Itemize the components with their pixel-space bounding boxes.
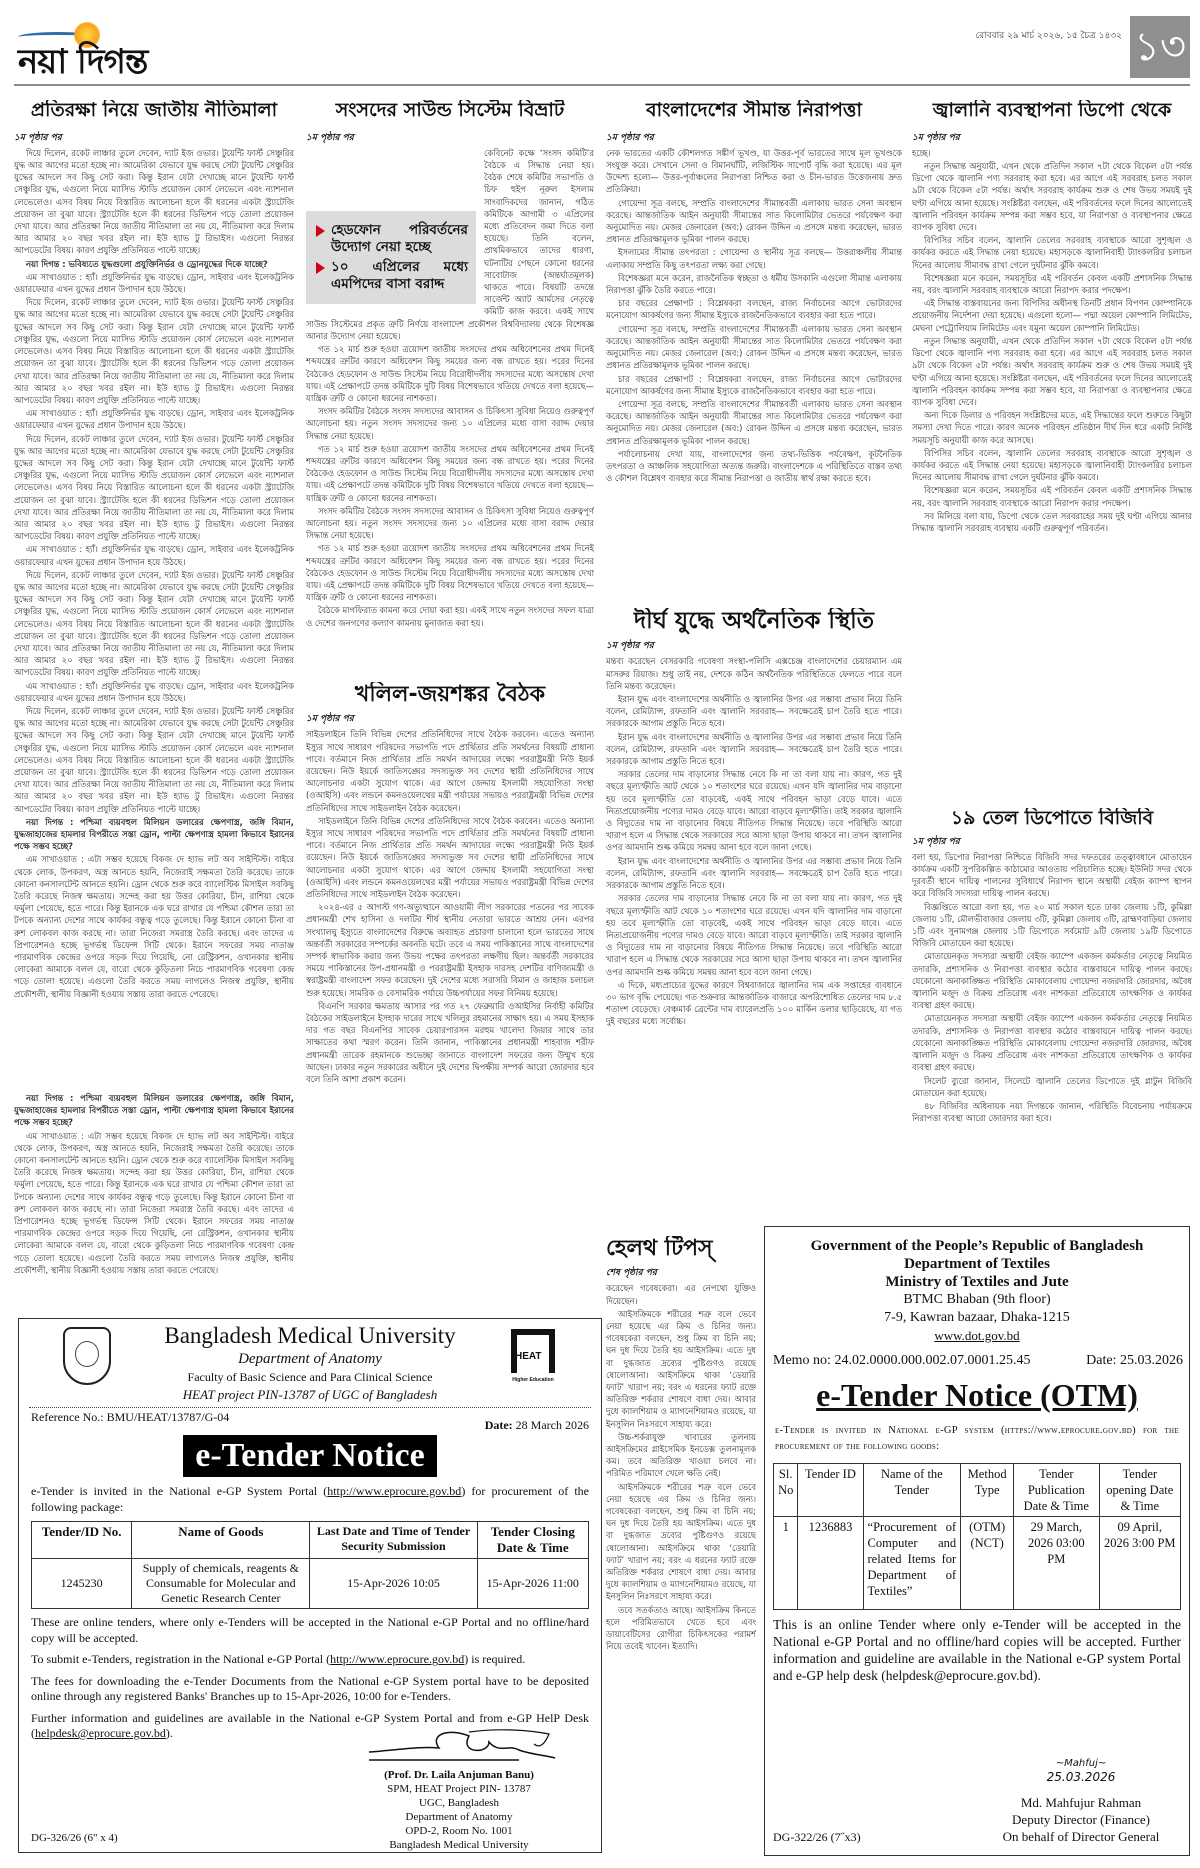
article-border-security: বাংলাদেশের সীমান্ত নিরাপত্তা ১ম পৃষ্ঠার … bbox=[606, 100, 902, 595]
paragraph: ইরান যুদ্ধ এবং বাংলাদেশের অর্থনীতি ও জ্ব… bbox=[606, 855, 902, 892]
headline: জ্বালানি ব্যবস্থাপনা ডিপো থেকে bbox=[912, 100, 1192, 122]
paragraph: মন্তব্য করেছেন বেসরকারি গবেষণা সংস্থা-পল… bbox=[606, 655, 902, 692]
paragraph: গত ১২ মার্চ শুরু হওয়া ত্রয়োদশ জাতীয় স… bbox=[306, 542, 594, 603]
paragraph: দিয়ে দিলেন, রকেট লাঞ্চার তুলে দেবেন, দ্… bbox=[14, 147, 294, 257]
headline: প্রতিরক্ষা নিয়ে জাতীয় নীতিমালা bbox=[14, 100, 294, 122]
paragraph: অন্য দিকে ডিলার ও পরিবহন সংশ্লিষ্টদের মত… bbox=[912, 409, 1192, 446]
method-type: (OTM) (NCT) bbox=[961, 1517, 1014, 1610]
notice-date: Date: 28 March 2026 bbox=[485, 1418, 589, 1433]
paragraph: দিয়ে দিলেন, রকেট লাঞ্চার তুলে দেবেন, দ্… bbox=[14, 433, 294, 543]
intro-pre: e-Tender is invited in the National e-GP… bbox=[31, 1484, 327, 1498]
article-khalil-jaishankar: খলিল-জয়শঙ্কর বৈঠক ১ম পৃষ্ঠার পর সাইডলাই… bbox=[306, 682, 594, 1302]
department-name: Department of Textiles bbox=[765, 1255, 1189, 1273]
closing-date: 15-Apr-2026 11:00 bbox=[477, 1559, 588, 1609]
note-fees: The fees for downloading the e-Tender Do… bbox=[31, 1674, 589, 1705]
publication-date: 29 March, 2026 03:00 PM bbox=[1014, 1517, 1099, 1610]
masthead: নয়া দিগন্ত রোববার ২৯ মার্চ ২০২৬, ১৫ চৈত… bbox=[0, 0, 1200, 92]
headline: হেলথ টিপস্ bbox=[606, 1236, 756, 1261]
note-online: These are online tenders, where only e-T… bbox=[31, 1615, 589, 1646]
signatory-line: UGC, Bangladesh bbox=[359, 1796, 559, 1810]
paragraph: আইসক্রিমকে শরীরের শত্রু বলে ভেবে নেয়া হ… bbox=[606, 1481, 756, 1603]
building-name: BTMC Bhaban (9th floor) bbox=[765, 1291, 1189, 1309]
notice-title: e-Tender Notice (OTM) bbox=[765, 1375, 1189, 1415]
paragraph: সংসদ কমিটির বৈঠকে সংসদ সদস্যদের আবাসন ও … bbox=[306, 405, 594, 442]
paragraph: সংসদ কমিটির বৈঠকে সংসদ সদস্যদের আবাসন ও … bbox=[306, 505, 594, 542]
paragraph: বিশেষজ্ঞরা মনে করেন, সময়সূচির এই পরিবর্… bbox=[912, 272, 1192, 296]
paragraph: সরকার তেলের দাম বাড়ানোর সিদ্ধান্ত নেবে … bbox=[606, 768, 902, 853]
helpdesk-email-link[interactable]: helpdesk@eprocure.gov.bd bbox=[35, 1726, 166, 1740]
paragraph: দিয়ে দিলেন, রকেট লাঞ্চার তুলে দেবেন, দ্… bbox=[14, 296, 294, 406]
headline: ১৯ তেল ডিপোতে বিজিবি bbox=[912, 808, 1192, 830]
kicker: ১ম পৃষ্ঠার পর bbox=[606, 638, 902, 653]
ad-code: DG-326/26 (6" x 4) bbox=[31, 1832, 118, 1844]
kicker: ১ম পৃষ্ঠার পর bbox=[912, 130, 1192, 145]
article-body: হেডফোন পরিবর্তনের উদ্যোগ নেয়া হচ্ছে ১০ … bbox=[306, 147, 594, 629]
kicker: শেষ পৃষ্ঠার পর bbox=[606, 1265, 756, 1280]
tender-table: Sl. No Tender ID Name of the Tender Meth… bbox=[773, 1463, 1181, 1610]
paragraph: ৪৮ বিজিবির অধিনায়ক নয়া দিগন্তকে জানান,… bbox=[912, 1100, 1192, 1124]
article-bgb-depot: ১৯ তেল ডিপোতে বিজিবি ১ম পৃষ্ঠার পর বলা হ… bbox=[912, 808, 1192, 1228]
paragraph: নয়া দিগন্ত : পশ্চিমা ব্যয়বহুল মিলিয়ন … bbox=[14, 1092, 294, 1129]
tender-table: Tender/ID No. Name of Goods Last Date an… bbox=[31, 1521, 589, 1609]
column-header: Method Type bbox=[961, 1464, 1014, 1517]
kicker: ১ম পৃষ্ঠার পর bbox=[606, 130, 902, 145]
signatory-line: OPD-2, Room No. 1001 bbox=[359, 1824, 559, 1838]
paragraph: দিয়ে দিলেন, রকেট লাঞ্চার তুলে দেবেন, দ্… bbox=[14, 569, 294, 679]
highlight-item: হেডফোন পরিবর্তনের উদ্যোগ নেয়া হচ্ছে bbox=[316, 222, 468, 256]
kicker: ১ম পৃষ্ঠার পর bbox=[912, 834, 1192, 849]
ad-dot-tender: Government of the People’s Republic of B… bbox=[764, 1226, 1190, 1856]
article-fuel-depot: জ্বালানি ব্যবস্থাপনা ডিপো থেকে ১ম পৃষ্ঠা… bbox=[912, 100, 1192, 800]
column-header: Tender/ID No. bbox=[32, 1522, 132, 1559]
paragraph: চার বছরের প্রেক্ষাপট : বিশ্লেষকরা বলছেন,… bbox=[606, 297, 902, 321]
paragraph: এম সাখাওয়াত : হ্যাঁ। প্রযুক্তিনির্ভর যু… bbox=[14, 271, 294, 295]
notice-date: Date: 25.03.2026 bbox=[1086, 1353, 1183, 1369]
signatory-line: Bangladesh Medical University bbox=[359, 1838, 559, 1852]
paragraph: সরকার তেলের দাম বাড়ানোর সিদ্ধান্ত নেবে … bbox=[606, 892, 902, 977]
headline: দীর্ঘ যুদ্ধে অর্থনৈতিক স্থিতি bbox=[606, 608, 902, 634]
signature-block: (Prof. Dr. Laila Anjuman Banu) SPM, HEAT… bbox=[359, 1724, 559, 1852]
bullet-triangle-icon bbox=[316, 225, 325, 237]
serial-number: 1 bbox=[774, 1517, 798, 1610]
paragraph: মোতায়েনকৃত সদস্যরা অস্থায়ী বেইজ ক্যাম্… bbox=[912, 950, 1192, 1011]
column-header: Tender ID bbox=[798, 1464, 863, 1517]
paragraph: এম সাখাওয়াত : হ্যাঁ। প্রযুক্তিনির্ভর যু… bbox=[14, 407, 294, 431]
note-post: ) is required. bbox=[464, 1652, 525, 1666]
project-name: HEAT project PIN-13787 of UGC of Banglad… bbox=[19, 1387, 601, 1403]
paragraph: এই সিদ্ধান্ত বাস্তবায়নের জন্য বিপিসির অ… bbox=[912, 297, 1192, 334]
signatory-on-behalf: On behalf of Director General bbox=[981, 1828, 1181, 1845]
note-online: This is an online Tender where only e-Te… bbox=[765, 1610, 1189, 1684]
note-post: ). bbox=[166, 1726, 173, 1740]
kicker: ১ম পৃষ্ঠার পর bbox=[306, 130, 594, 145]
article-body: নেক ভারতের একটি কৌশলগত সঙ্কীর্ণ ভূখণ্ড, … bbox=[606, 147, 902, 484]
paragraph: নয়া দিগন্ত : পশ্চিমা ব্যয়বহুল মিলিয়ন … bbox=[14, 816, 294, 853]
dateline: রোববার ২৯ মার্চ ২০২৬, ১৫ চৈত্র ১৪৩২ bbox=[975, 28, 1122, 43]
date-label: Date: bbox=[485, 1418, 513, 1432]
paragraph: মোতায়েনকৃত সদস্যরা অস্থায়ী বেইজ ক্যাম্… bbox=[912, 1012, 1192, 1073]
paragraph: নেক ভারতের একটি কৌশলগত সঙ্কীর্ণ ভূখণ্ড, … bbox=[606, 147, 902, 196]
tender-name: “Procurement of Computer and related Ite… bbox=[863, 1517, 961, 1610]
column-header: Tender opening Date & Time bbox=[1099, 1464, 1180, 1517]
paragraph: করেছেন গবেষকেরা। এর নেপথ্যে যুক্তিও দিয়… bbox=[606, 1282, 756, 1306]
paragraph: আইসক্রিমকে শরীরের শত্রু বলে ভেবে নেয়া হ… bbox=[606, 1308, 756, 1430]
tender-id: 1236883 bbox=[798, 1517, 863, 1610]
table-row: 1245230 Supply of chemicals, reagents & … bbox=[32, 1559, 589, 1609]
signature-icon: ~Mahfuj~ bbox=[981, 1755, 1181, 1769]
kicker: ১ম পৃষ্ঠার পর bbox=[306, 711, 594, 726]
paragraph: বিশেষজ্ঞরা মনে করেন, রাজনৈতিক স্বচ্ছতা ও… bbox=[606, 272, 902, 296]
paragraph: বিজ্ঞপ্তিতে আরো বলা হয়, গত ২০ মার্চ সকা… bbox=[912, 901, 1192, 950]
paragraph: এম সাখাওয়াত : এটা সম্ভব হয়েছে বিকজ দে … bbox=[14, 1130, 294, 1276]
article-body: সাইডলাইনে তিনি বিভিন্ন দেশের প্রতিনিধিদে… bbox=[306, 728, 594, 1085]
heat-logo-label: HEAT bbox=[515, 1351, 541, 1362]
paragraph: এম সাখাওয়াত : হ্যাঁ। প্রযুক্তিনির্ভর যু… bbox=[14, 543, 294, 567]
paragraph: গোয়েন্দা সূত্র বলছে, সম্প্রতি বাংলাদেশে… bbox=[606, 323, 902, 372]
eprocure-link[interactable]: http://www.eprocure.gov.bd bbox=[327, 1484, 461, 1498]
ad-bmu-tender: HEAT Higher Education Bangladesh Medical… bbox=[18, 1318, 602, 1853]
heat-logo-sub: Higher Education bbox=[511, 1377, 555, 1383]
paragraph: নতুন সিদ্ধান্ত অনুযায়ী, এখন থেকে প্রতিদ… bbox=[912, 335, 1192, 408]
paragraph: বিশেষজ্ঞরা মনে করেন, সময়সূচির এই পরিবর্… bbox=[912, 484, 1192, 508]
table-row: 1 1236883 “Procurement of Computer and r… bbox=[774, 1517, 1181, 1610]
tender-id: 1245230 bbox=[32, 1559, 132, 1609]
paragraph: দিয়ে দিলেন, রকেট লাঞ্চার তুলে দেবেন, দ্… bbox=[14, 705, 294, 815]
signature-icon bbox=[359, 1724, 559, 1764]
signatory-title: Deputy Director (Finance) bbox=[981, 1811, 1181, 1828]
paragraph: বলা হয়, ডিপোর নিরাপত্তা নিশ্চিতে বিজিবি… bbox=[912, 851, 1192, 900]
headline: খলিল-জয়শঙ্কর বৈঠক bbox=[306, 682, 594, 707]
paragraph: বিএনপি সরকার ক্ষমতায় আসার পর গত ২৭ ফেব্… bbox=[306, 1000, 594, 1085]
notice-title: e-Tender Notice bbox=[183, 1435, 436, 1477]
address: 7-9, Kawran bazaar, Dhaka-1215 bbox=[765, 1309, 1189, 1327]
signature-block: ~Mahfuj~ 25.03.2026 Md. Mahfujur Rahman … bbox=[981, 1755, 1181, 1845]
column-header: Name of Goods bbox=[132, 1522, 310, 1559]
paragraph: ইরান যুদ্ধ এবং বাংলাদেশের অর্থনীতি ও জ্ব… bbox=[606, 693, 902, 730]
intro-text: e-Tender is invited in National e-GP sys… bbox=[765, 1415, 1189, 1455]
paragraph: উচ্চ-শর্করাযুক্ত খাবারের তুলনায় আইসক্রি… bbox=[606, 1431, 756, 1480]
article-defense-end: নয়া দিগন্ত : পশ্চিমা ব্যয়বহুল মিলিয়ন … bbox=[14, 1092, 294, 1302]
article-defense: প্রতিরক্ষা নিয়ে জাতীয় নীতিমালা ১ম পৃষ্… bbox=[14, 100, 294, 1090]
paragraph: ২০২৪-এর ৫ আগস্ট গণ-অভ্যুত্থানে আওয়ামী ল… bbox=[306, 901, 594, 999]
column-header: Last Date and Time of Tender Security Su… bbox=[310, 1522, 477, 1559]
paragraph: পর্যালোচনায় দেখা যায়, বাংলাদেশের জন্য … bbox=[606, 448, 902, 485]
paragraph: চার বছরের প্রেক্ষাপট : বিশ্লেষকরা বলছেন,… bbox=[606, 373, 902, 397]
article-health-tips: হেলথ টিপস্ শেষ পৃষ্ঠার পর করেছেন গবেষকের… bbox=[606, 1236, 756, 1866]
signature-date: 25.03.2026 bbox=[981, 1769, 1181, 1786]
paragraph: গত ১২ মার্চ শুরু হওয়া ত্রয়োদশ জাতীয় স… bbox=[306, 443, 594, 504]
eprocure-link[interactable]: http://www.eprocure.gov.bd bbox=[330, 1652, 464, 1666]
paragraph: বৈঠকে মাগফিরাত কামনা করে দোয়া করা হয়। … bbox=[306, 604, 594, 628]
signatory-line: Department of Anatomy bbox=[359, 1810, 559, 1824]
ministry-name: Ministry of Textiles and Jute bbox=[765, 1273, 1189, 1291]
headline: সংসদের সাউন্ড সিস্টেম বিভ্রাট bbox=[306, 100, 594, 122]
note-pre: To submit e-Tenders, registration in the… bbox=[31, 1652, 330, 1666]
paragraph: এম সাখাওয়াত : এটা সম্ভব হয়েছে বিকজ দে … bbox=[14, 853, 294, 999]
article-body: করেছেন গবেষকেরা। এর নেপথ্যে যুক্তিও দিয়… bbox=[606, 1282, 756, 1652]
headline: বাংলাদেশের সীমান্ত নিরাপত্তা bbox=[606, 100, 902, 122]
intro-text: e-Tender is invited in the National e-GP… bbox=[19, 1477, 601, 1515]
bmu-seal-icon bbox=[63, 1327, 111, 1385]
table-header-row: Tender/ID No. Name of Goods Last Date an… bbox=[32, 1522, 589, 1559]
paragraph: ইরান যুদ্ধ এবং বাংলাদেশের অর্থনীতি ও জ্ব… bbox=[606, 731, 902, 768]
paragraph: হচ্ছে। bbox=[912, 147, 1192, 159]
paragraph: সব মিলিয়ে বলা যায়, ডিপো থেকে তেল সরবরা… bbox=[912, 510, 1192, 534]
signatory-line: SPM, HEAT Project PIN- 13787 bbox=[359, 1782, 559, 1796]
masthead-divider bbox=[14, 84, 1190, 86]
highlight-text: ১০ এপ্রিলের মধ্যে এমপিদের বাসা বরাদ্দ bbox=[331, 259, 468, 293]
signatory-name: (Prof. Dr. Laila Anjuman Banu) bbox=[359, 1768, 559, 1782]
heat-logo-icon: HEAT Higher Education bbox=[511, 1329, 555, 1387]
signatory-name: Md. Mahfujur Rahman bbox=[981, 1794, 1181, 1811]
page-number-badge: ১৩ bbox=[1130, 16, 1190, 78]
article-body: হচ্ছে। নতুন সিদ্ধান্ত অনুযায়ী, এখন থেকে… bbox=[912, 147, 1192, 534]
paragraph: এ দিকে, মধ্যপ্রাচ্যের যুদ্ধের কারণে বিশ্… bbox=[606, 979, 902, 1028]
newspaper-logo[interactable]: নয়া দিগন্ত bbox=[14, 22, 184, 72]
paragraph: ইসলামের সীমান্ত তৎপরতা : গোয়েন্দা ও স্থ… bbox=[606, 246, 902, 270]
highlight-box: হেডফোন পরিবর্তনের উদ্যোগ নেয়া হচ্ছে ১০ … bbox=[306, 211, 476, 304]
column-header: Name of the Tender bbox=[863, 1464, 961, 1517]
paragraph: সাইডলাইনে তিনি বিভিন্ন দেশের প্রতিনিধিদে… bbox=[306, 815, 594, 900]
website-link[interactable]: www.dot.gov.bd bbox=[934, 1327, 1019, 1345]
note-registration: To submit e-Tenders, registration in the… bbox=[31, 1652, 589, 1668]
column-header: Tender Publication Date & Time bbox=[1014, 1464, 1099, 1517]
table-header-row: Sl. No Tender ID Name of the Tender Meth… bbox=[774, 1464, 1181, 1517]
kicker: ১ম পৃষ্ঠার পর bbox=[14, 130, 294, 145]
memo-number: Memo no: 24.02.0000.000.002.07.0001.25.4… bbox=[773, 1353, 1030, 1369]
opening-date: 09 April, 2026 3:00 PM bbox=[1099, 1517, 1180, 1610]
article-economy: দীর্ঘ যুদ্ধে অর্থনৈতিক স্থিতি ১ম পৃষ্ঠার… bbox=[606, 608, 902, 1228]
paragraph: বিপিসির সচিব বলেন, জ্বালানি তেলের সরবরাহ… bbox=[912, 234, 1192, 271]
article-body: মন্তব্য করেছেন বেসরকারি গবেষণা সংস্থা-পল… bbox=[606, 655, 902, 1027]
paragraph: গোয়েন্দা সূত্র বলছে, সম্প্রতি বাংলাদেশে… bbox=[606, 197, 902, 246]
article-body: দিয়ে দিলেন, রকেট লাঞ্চার তুলে দেবেন, দ্… bbox=[14, 147, 294, 1000]
reference-number: Reference No.: BMU/HEAT/13787/G-04 bbox=[31, 1410, 229, 1433]
gov-name: Government of the People’s Republic of B… bbox=[765, 1237, 1189, 1255]
paragraph: তবে সতর্কতাও আছে। আইসক্রিম কিনতে হলে পরি… bbox=[606, 1604, 756, 1653]
column-header: Tender Closing Date & Time bbox=[477, 1522, 588, 1559]
article-sound-system: সংসদের সাউন্ড সিস্টেম বিভ্রাট ১ম পৃষ্ঠার… bbox=[306, 100, 594, 680]
date-value: 28 March 2026 bbox=[516, 1418, 589, 1432]
highlight-item: ১০ এপ্রিলের মধ্যে এমপিদের বাসা বরাদ্দ bbox=[316, 259, 468, 293]
goods-name: Supply of chemicals, reagents & Consumab… bbox=[132, 1559, 310, 1609]
paragraph: গোয়েন্দা সূত্র বলছে, সম্প্রতি বাংলাদেশে… bbox=[606, 398, 902, 447]
security-deadline: 15-Apr-2026 10:05 bbox=[310, 1559, 477, 1609]
bullet-triangle-icon bbox=[316, 262, 325, 274]
paragraph: নতুন সিদ্ধান্ত অনুযায়ী, এখন থেকে প্রতিদ… bbox=[912, 160, 1192, 233]
paragraph: এম সাখাওয়াত : হ্যাঁ। প্রযুক্তিনির্ভর যু… bbox=[14, 680, 294, 704]
ad-code: DG-322/26 (7˝x3) bbox=[773, 1830, 861, 1845]
article-body: নয়া দিগন্ত : পশ্চিমা ব্যয়বহুল মিলিয়ন … bbox=[14, 1092, 294, 1276]
paragraph: গত ১২ মার্চ শুরু হওয়া ত্রয়োদশ জাতীয় স… bbox=[306, 343, 594, 404]
paragraph: সিলেট ব্যুরো জানান, সিলেটে জ্বালানি তেলে… bbox=[912, 1075, 1192, 1099]
paragraph: বিপিসির সচিব বলেন, জ্বালানি তেলের সরবরাহ… bbox=[912, 447, 1192, 484]
column-header: Sl. No bbox=[774, 1464, 798, 1517]
article-body: বলা হয়, ডিপোর নিরাপত্তা নিশ্চিতে বিজিবি… bbox=[912, 851, 1192, 1124]
paragraph: নয়া দিগন্ত : ভবিষ্যতে যুদ্ধগুলো প্রযুক্… bbox=[14, 258, 294, 270]
paragraph: সাইডলাইনে তিনি বিভিন্ন দেশের প্রতিনিধিদে… bbox=[306, 728, 594, 813]
highlight-text: হেডফোন পরিবর্তনের উদ্যোগ নেয়া হচ্ছে bbox=[331, 222, 468, 256]
